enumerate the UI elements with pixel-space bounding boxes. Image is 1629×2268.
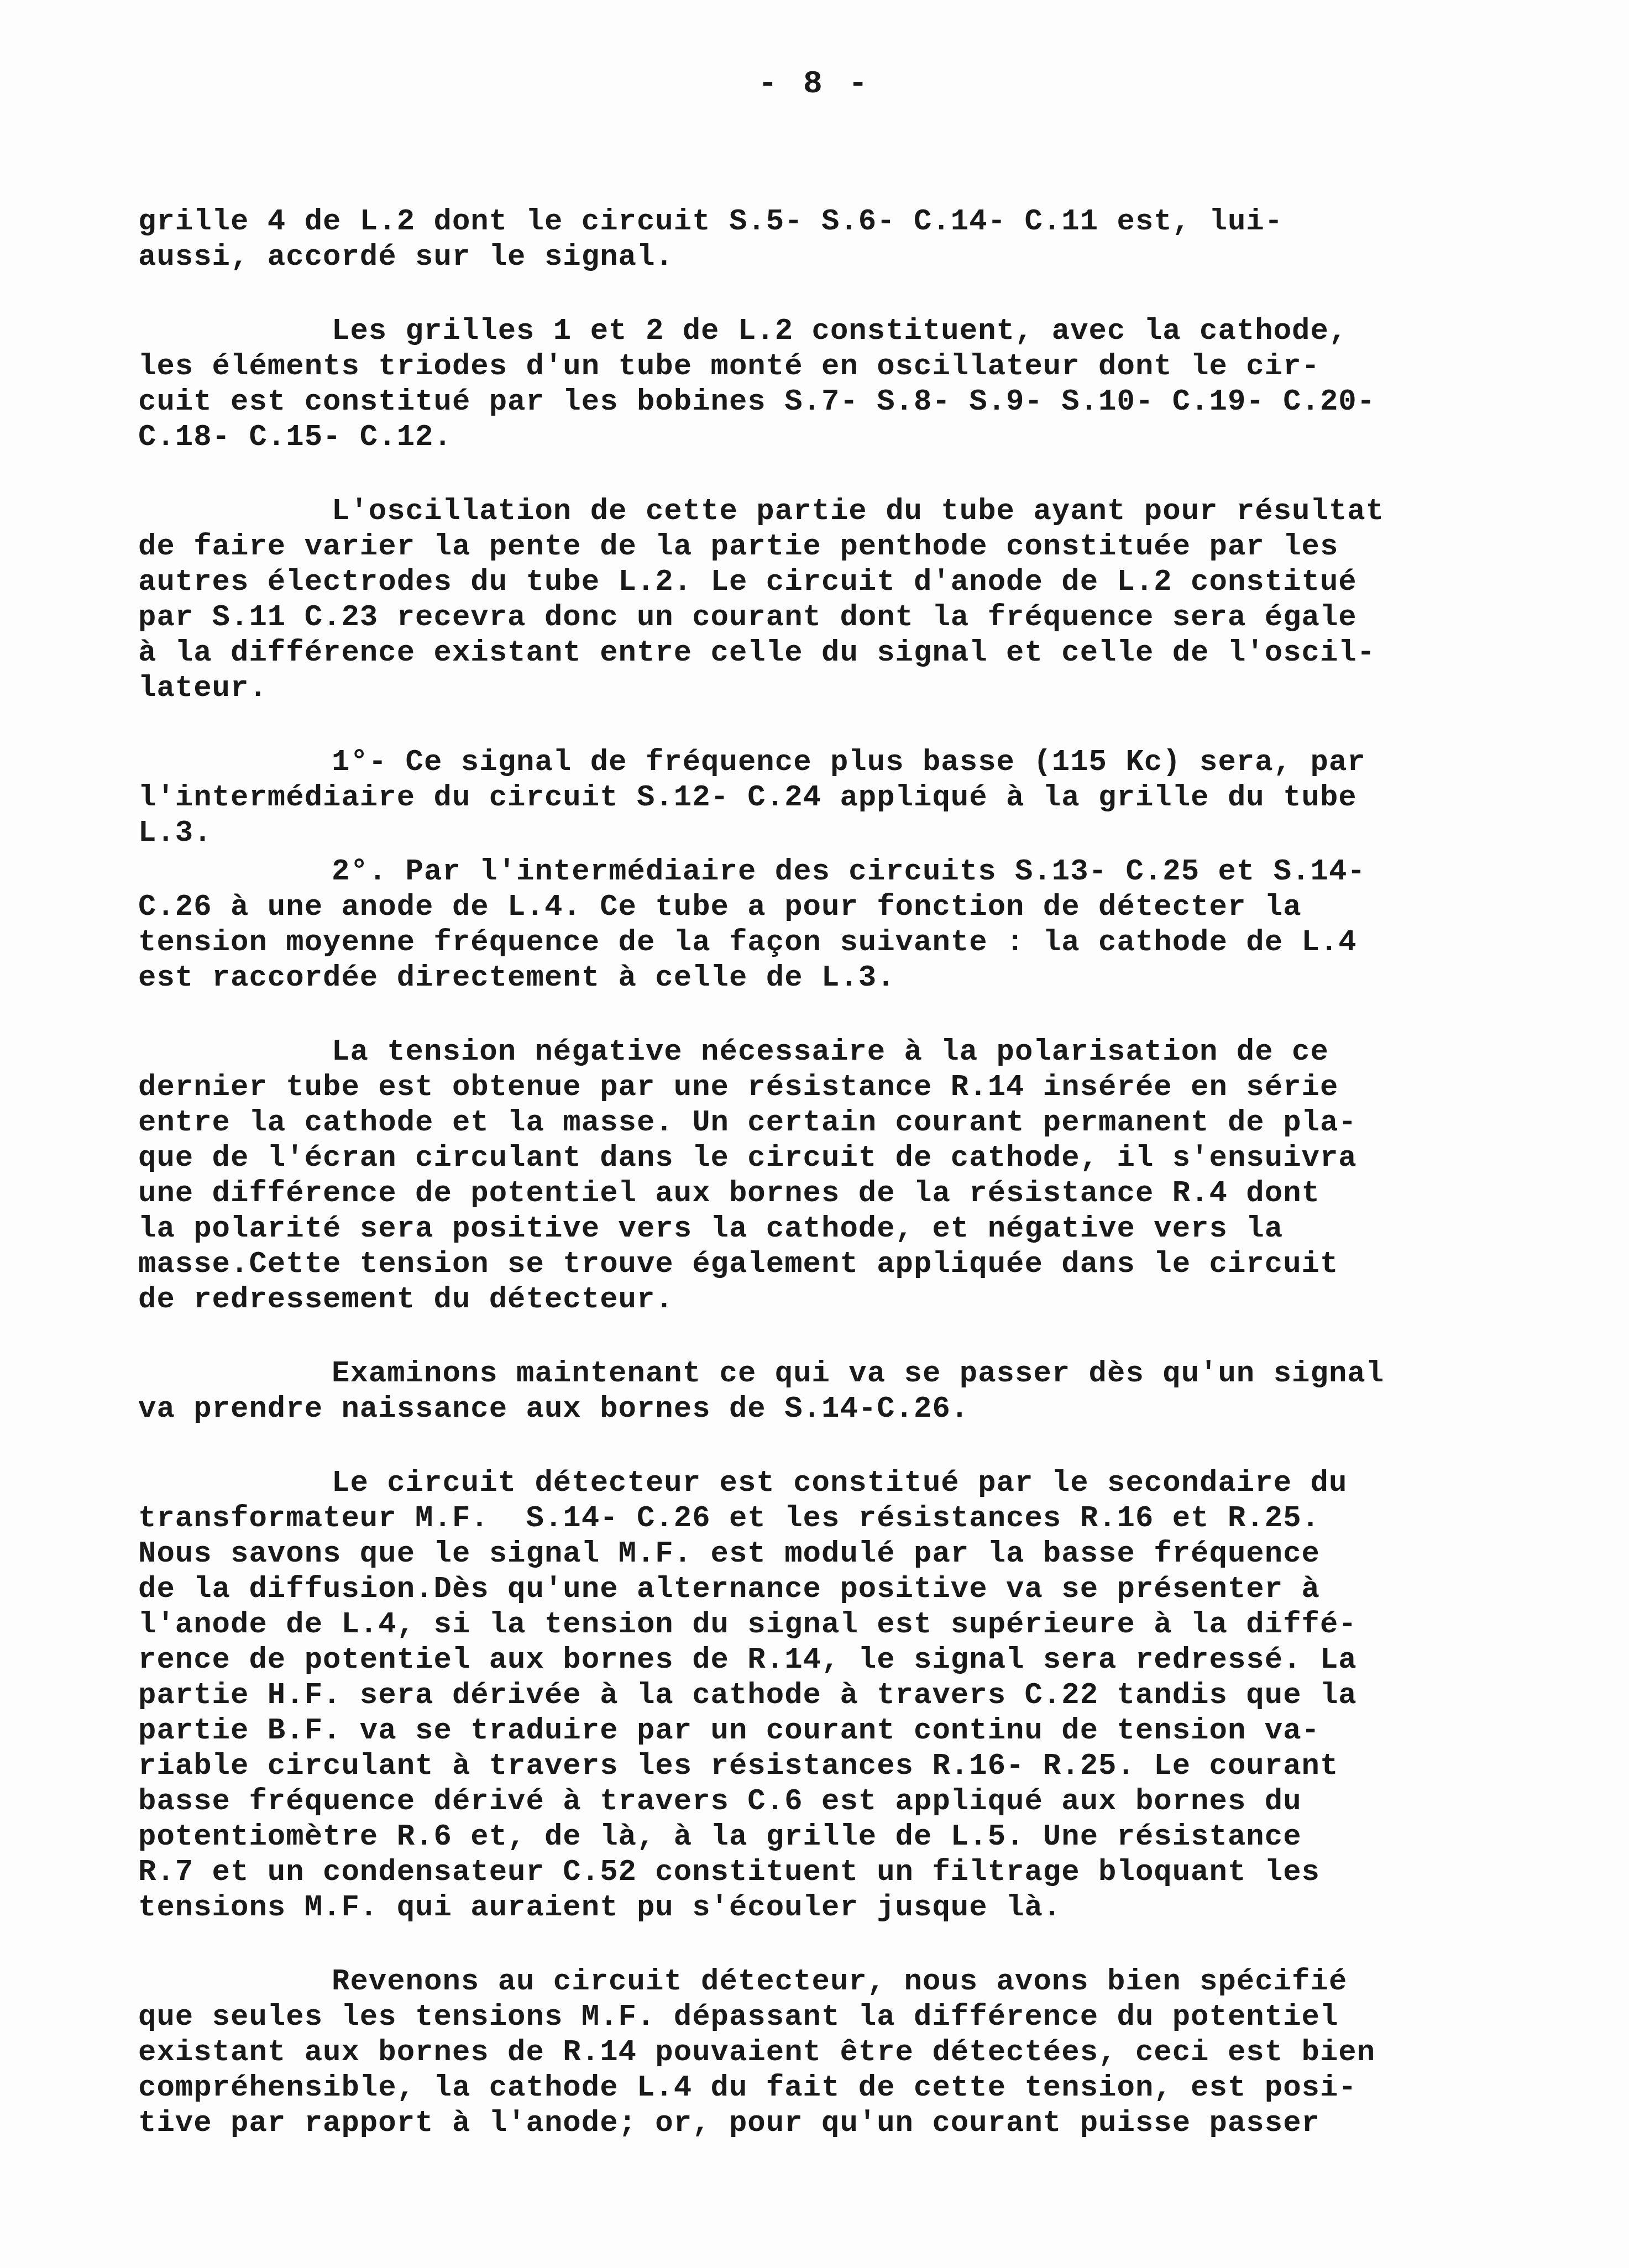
text-line: aussi, accordé sur le signal. xyxy=(138,240,1575,275)
document-page: - 8 - grille 4 de L.2 dont le circuit S.… xyxy=(0,0,1629,2268)
text-line: dernier tube est obtenue par une résista… xyxy=(138,1070,1575,1106)
text-line: tive par rapport à l'anode; or, pour qu'… xyxy=(138,2106,1575,2141)
text-line: une différence de potentiel aux bornes d… xyxy=(138,1176,1575,1212)
text-line: partie B.F. va se traduire par un couran… xyxy=(138,1714,1575,1749)
text-line: partie H.F. sera dérivée à la cathode à … xyxy=(138,1678,1575,1714)
text-line: rence de potentiel aux bornes de R.14, l… xyxy=(138,1643,1575,1678)
text-line: la polarité sera positive vers la cathod… xyxy=(138,1212,1575,1247)
text-line: riable circulant à travers les résistanc… xyxy=(138,1749,1575,1784)
text-line: compréhensible, la cathode L.4 du fait d… xyxy=(138,2071,1575,2106)
paragraph-5: 2°. Par l'intermédiaire des circuits S.1… xyxy=(138,855,1575,996)
text-line: les éléments triodes d'un tube monté en … xyxy=(138,349,1575,385)
text-line: C.26 à une anode de L.4. Ce tube a pour … xyxy=(138,890,1575,925)
text-line: C.18- C.15- C.12. xyxy=(138,420,1575,455)
text-line: La tension négative nécessaire à la pola… xyxy=(138,1035,1575,1070)
text-line: de redressement du détecteur. xyxy=(138,1282,1575,1318)
text-line: de faire varier la pente de la partie pe… xyxy=(138,530,1575,565)
text-line: tension moyenne fréquence de la façon su… xyxy=(138,925,1575,961)
text-line: 2°. Par l'intermédiaire des circuits S.1… xyxy=(138,855,1575,890)
paragraph-8: Le circuit détecteur est constitué par l… xyxy=(138,1466,1575,1926)
paragraph-9: Revenons au circuit détecteur, nous avon… xyxy=(138,1965,1575,2141)
text-line: potentiomètre R.6 et, de là, à la grille… xyxy=(138,1820,1575,1855)
page-number: - 8 - xyxy=(0,66,1629,102)
text-line: L'oscillation de cette partie du tube ay… xyxy=(138,494,1575,530)
text-line: basse fréquence dérivé à travers C.6 est… xyxy=(138,1784,1575,1820)
text-line: autres électrodes du tube L.2. Le circui… xyxy=(138,565,1575,600)
text-line: l'intermédiaire du circuit S.12- C.24 ap… xyxy=(138,781,1575,816)
text-line: Revenons au circuit détecteur, nous avon… xyxy=(138,1965,1575,2000)
text-line: l'anode de L.4, si la tension du signal … xyxy=(138,1607,1575,1643)
paragraph-6: La tension négative nécessaire à la pola… xyxy=(138,1035,1575,1318)
text-line: grille 4 de L.2 dont le circuit S.5- S.6… xyxy=(138,205,1575,240)
text-line: à la différence existant entre celle du … xyxy=(138,636,1575,671)
text-line: Examinons maintenant ce qui va se passer… xyxy=(138,1356,1575,1392)
text-line: va prendre naissance aux bornes de S.14-… xyxy=(138,1392,1575,1427)
paragraph-7: Examinons maintenant ce qui va se passer… xyxy=(138,1356,1575,1427)
text-line: existant aux bornes de R.14 pouvaient êt… xyxy=(138,2035,1575,2071)
text-line: par S.11 C.23 recevra donc un courant do… xyxy=(138,600,1575,636)
text-line: 1°- Ce signal de fréquence plus basse (1… xyxy=(138,745,1575,781)
text-line: entre la cathode et la masse. Un certain… xyxy=(138,1106,1575,1141)
paragraph-2: Les grilles 1 et 2 de L.2 constituent, a… xyxy=(138,314,1575,455)
text-line: est raccordée directement à celle de L.3… xyxy=(138,961,1575,996)
text-line: lateur. xyxy=(138,671,1575,706)
paragraph-3: L'oscillation de cette partie du tube ay… xyxy=(138,494,1575,706)
text-line: Les grilles 1 et 2 de L.2 constituent, a… xyxy=(138,314,1575,349)
text-line: transformateur M.F. S.14- C.26 et les ré… xyxy=(138,1501,1575,1537)
text-line: que seules les tensions M.F. dépassant l… xyxy=(138,2000,1575,2035)
text-line: Le circuit détecteur est constitué par l… xyxy=(138,1466,1575,1501)
text-line: masse.Cette tension se trouve également … xyxy=(138,1247,1575,1282)
text-line: de la diffusion.Dès qu'une alternance po… xyxy=(138,1572,1575,1607)
text-line: cuit est constitué par les bobines S.7- … xyxy=(138,385,1575,420)
text-line: tensions M.F. qui auraient pu s'écouler … xyxy=(138,1890,1575,1926)
text-line: Nous savons que le signal M.F. est modul… xyxy=(138,1537,1575,1572)
text-line: R.7 et un condensateur C.52 constituent … xyxy=(138,1855,1575,1890)
paragraph-4: 1°- Ce signal de fréquence plus basse (1… xyxy=(138,745,1575,851)
text-line: L.3. xyxy=(138,816,1575,851)
text-line: que de l'écran circulant dans le circuit… xyxy=(138,1141,1575,1176)
paragraph-1: grille 4 de L.2 dont le circuit S.5- S.6… xyxy=(138,205,1575,275)
document-body: grille 4 de L.2 dont le circuit S.5- S.6… xyxy=(138,205,1575,2180)
